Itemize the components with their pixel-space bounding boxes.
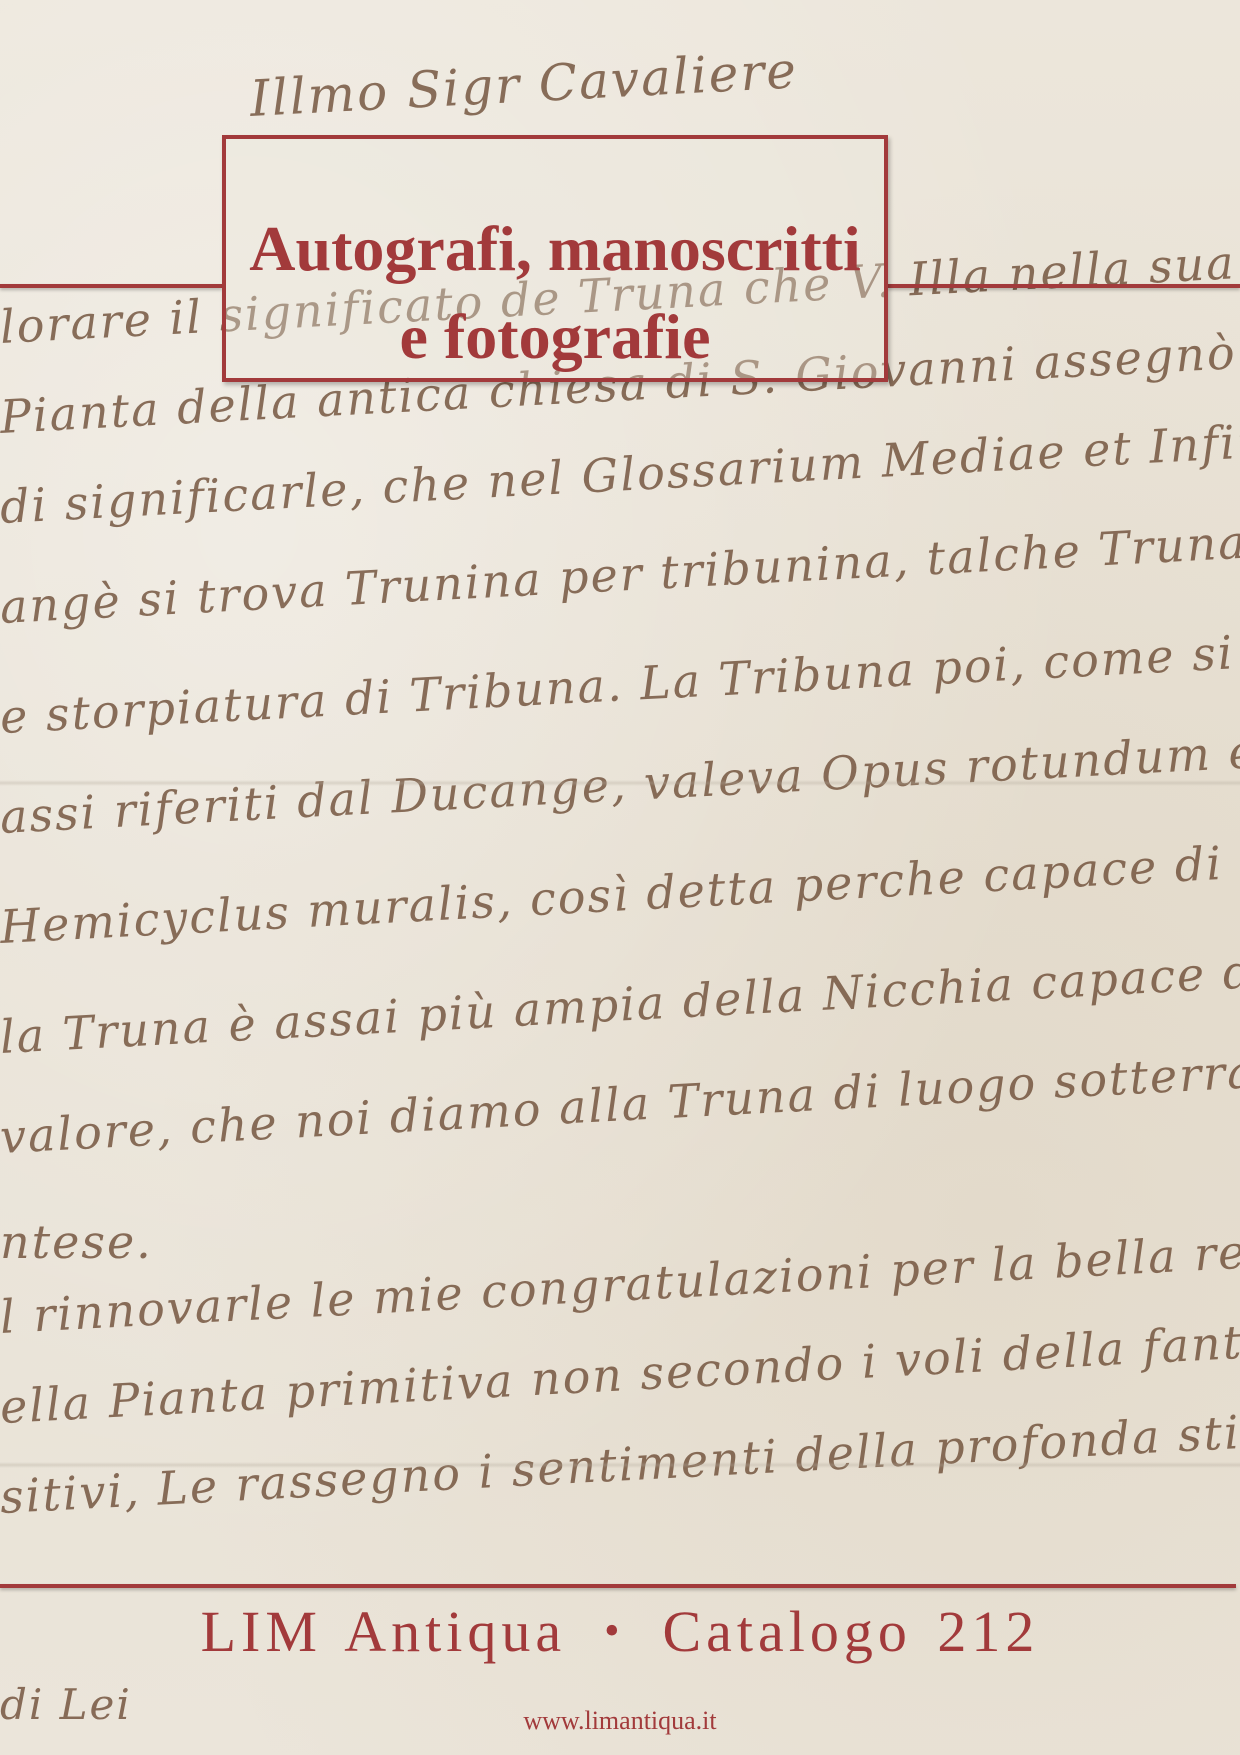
right-rule [888,284,1240,288]
footer-rule [0,1584,1236,1588]
paper-fold [0,1462,1240,1468]
catalog-number: Catalogo 212 [662,1599,1039,1664]
manuscript-line: angè si trova Trunina per tribunina, tal… [0,508,1240,634]
manuscript-line: la Truna è assai più ampia della Nicchia… [0,933,1240,1064]
bullet-separator: • [604,1606,624,1655]
title-line-1: Autografi, manoscritti [222,205,888,293]
manuscript-line: e storpiatura di Tribuna. La Tribuna poi… [0,617,1240,744]
manuscript-line: l rinnovarle le mie congratulazioni per … [0,1208,1240,1344]
title-line-2: e fotografie [222,293,888,381]
left-rule [0,284,222,288]
publisher-name: LIM Antiqua [201,1599,566,1664]
cover-title: Autografi, manoscritti e fotografie [222,205,888,381]
manuscript-line: Hemicyclus muralis, così detta perche ca… [0,820,1240,954]
manuscript-line: ntese. [0,1215,153,1269]
website-link[interactable]: www.limantiqua.it [0,1706,1240,1736]
manuscript-line: Illmo Sigr Cavaliere [248,41,799,128]
footer-title: LIM Antiqua•Catalogo 212 [0,1598,1240,1665]
paper-fold [0,780,1240,786]
